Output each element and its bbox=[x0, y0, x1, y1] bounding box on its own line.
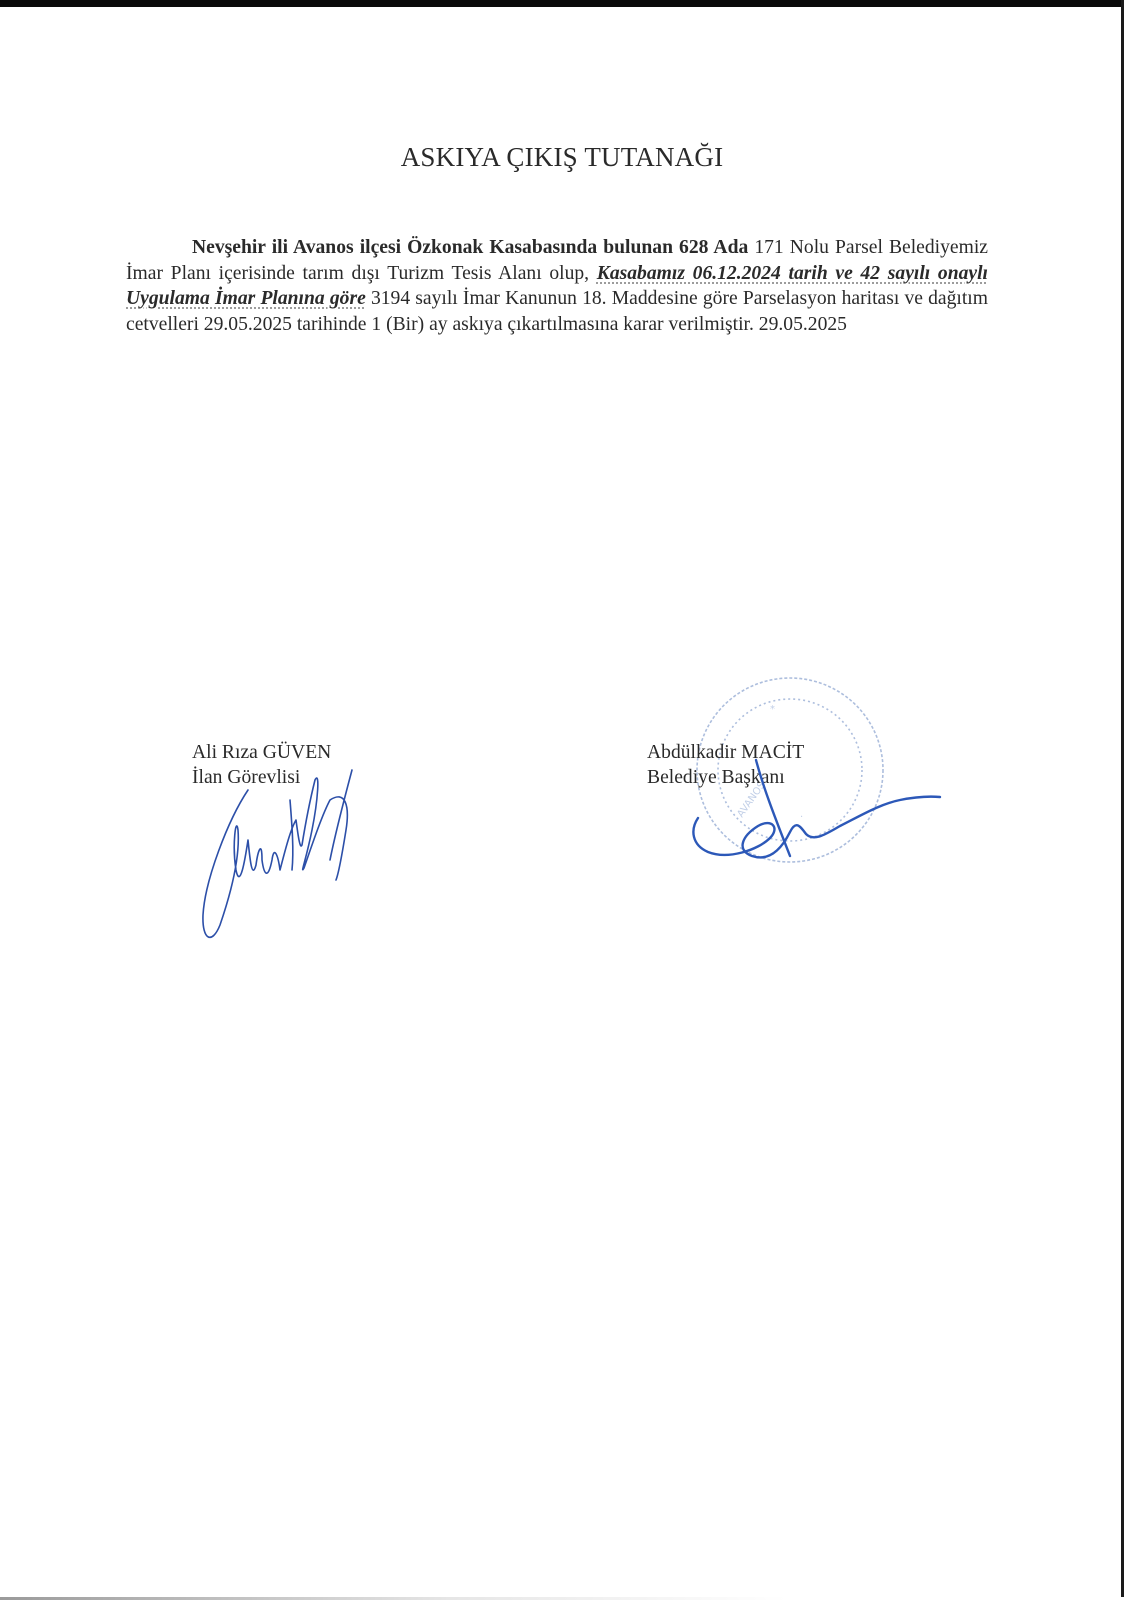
signatory-role: Belediye Başkanı bbox=[647, 765, 804, 790]
paragraph-bold-lead: Nevşehir ili Avanos ilçesi Özkonak Kasab… bbox=[192, 237, 748, 258]
signature-left-icon bbox=[203, 770, 352, 937]
document-title: ASKIYA ÇIKIŞ TUTANAĞI bbox=[0, 142, 1124, 173]
scan-top-border bbox=[0, 0, 1124, 7]
signatory-name: Ali Rıza GÜVEN bbox=[192, 740, 331, 765]
signatory-name: Abdülkadir MACİT bbox=[647, 740, 804, 765]
signatory-belediye-baskani: Abdülkadir MACİT Belediye Başkanı bbox=[647, 740, 804, 790]
signatory-role: İlan Görevlisi bbox=[192, 765, 331, 790]
document-body-paragraph: Nevşehir ili Avanos ilçesi Özkonak Kasab… bbox=[126, 235, 988, 337]
svg-text:*: * bbox=[770, 704, 775, 715]
svg-text:·: · bbox=[800, 812, 803, 823]
signatory-ilan-gorevlisi: Ali Rıza GÜVEN İlan Görevlisi bbox=[192, 740, 331, 790]
